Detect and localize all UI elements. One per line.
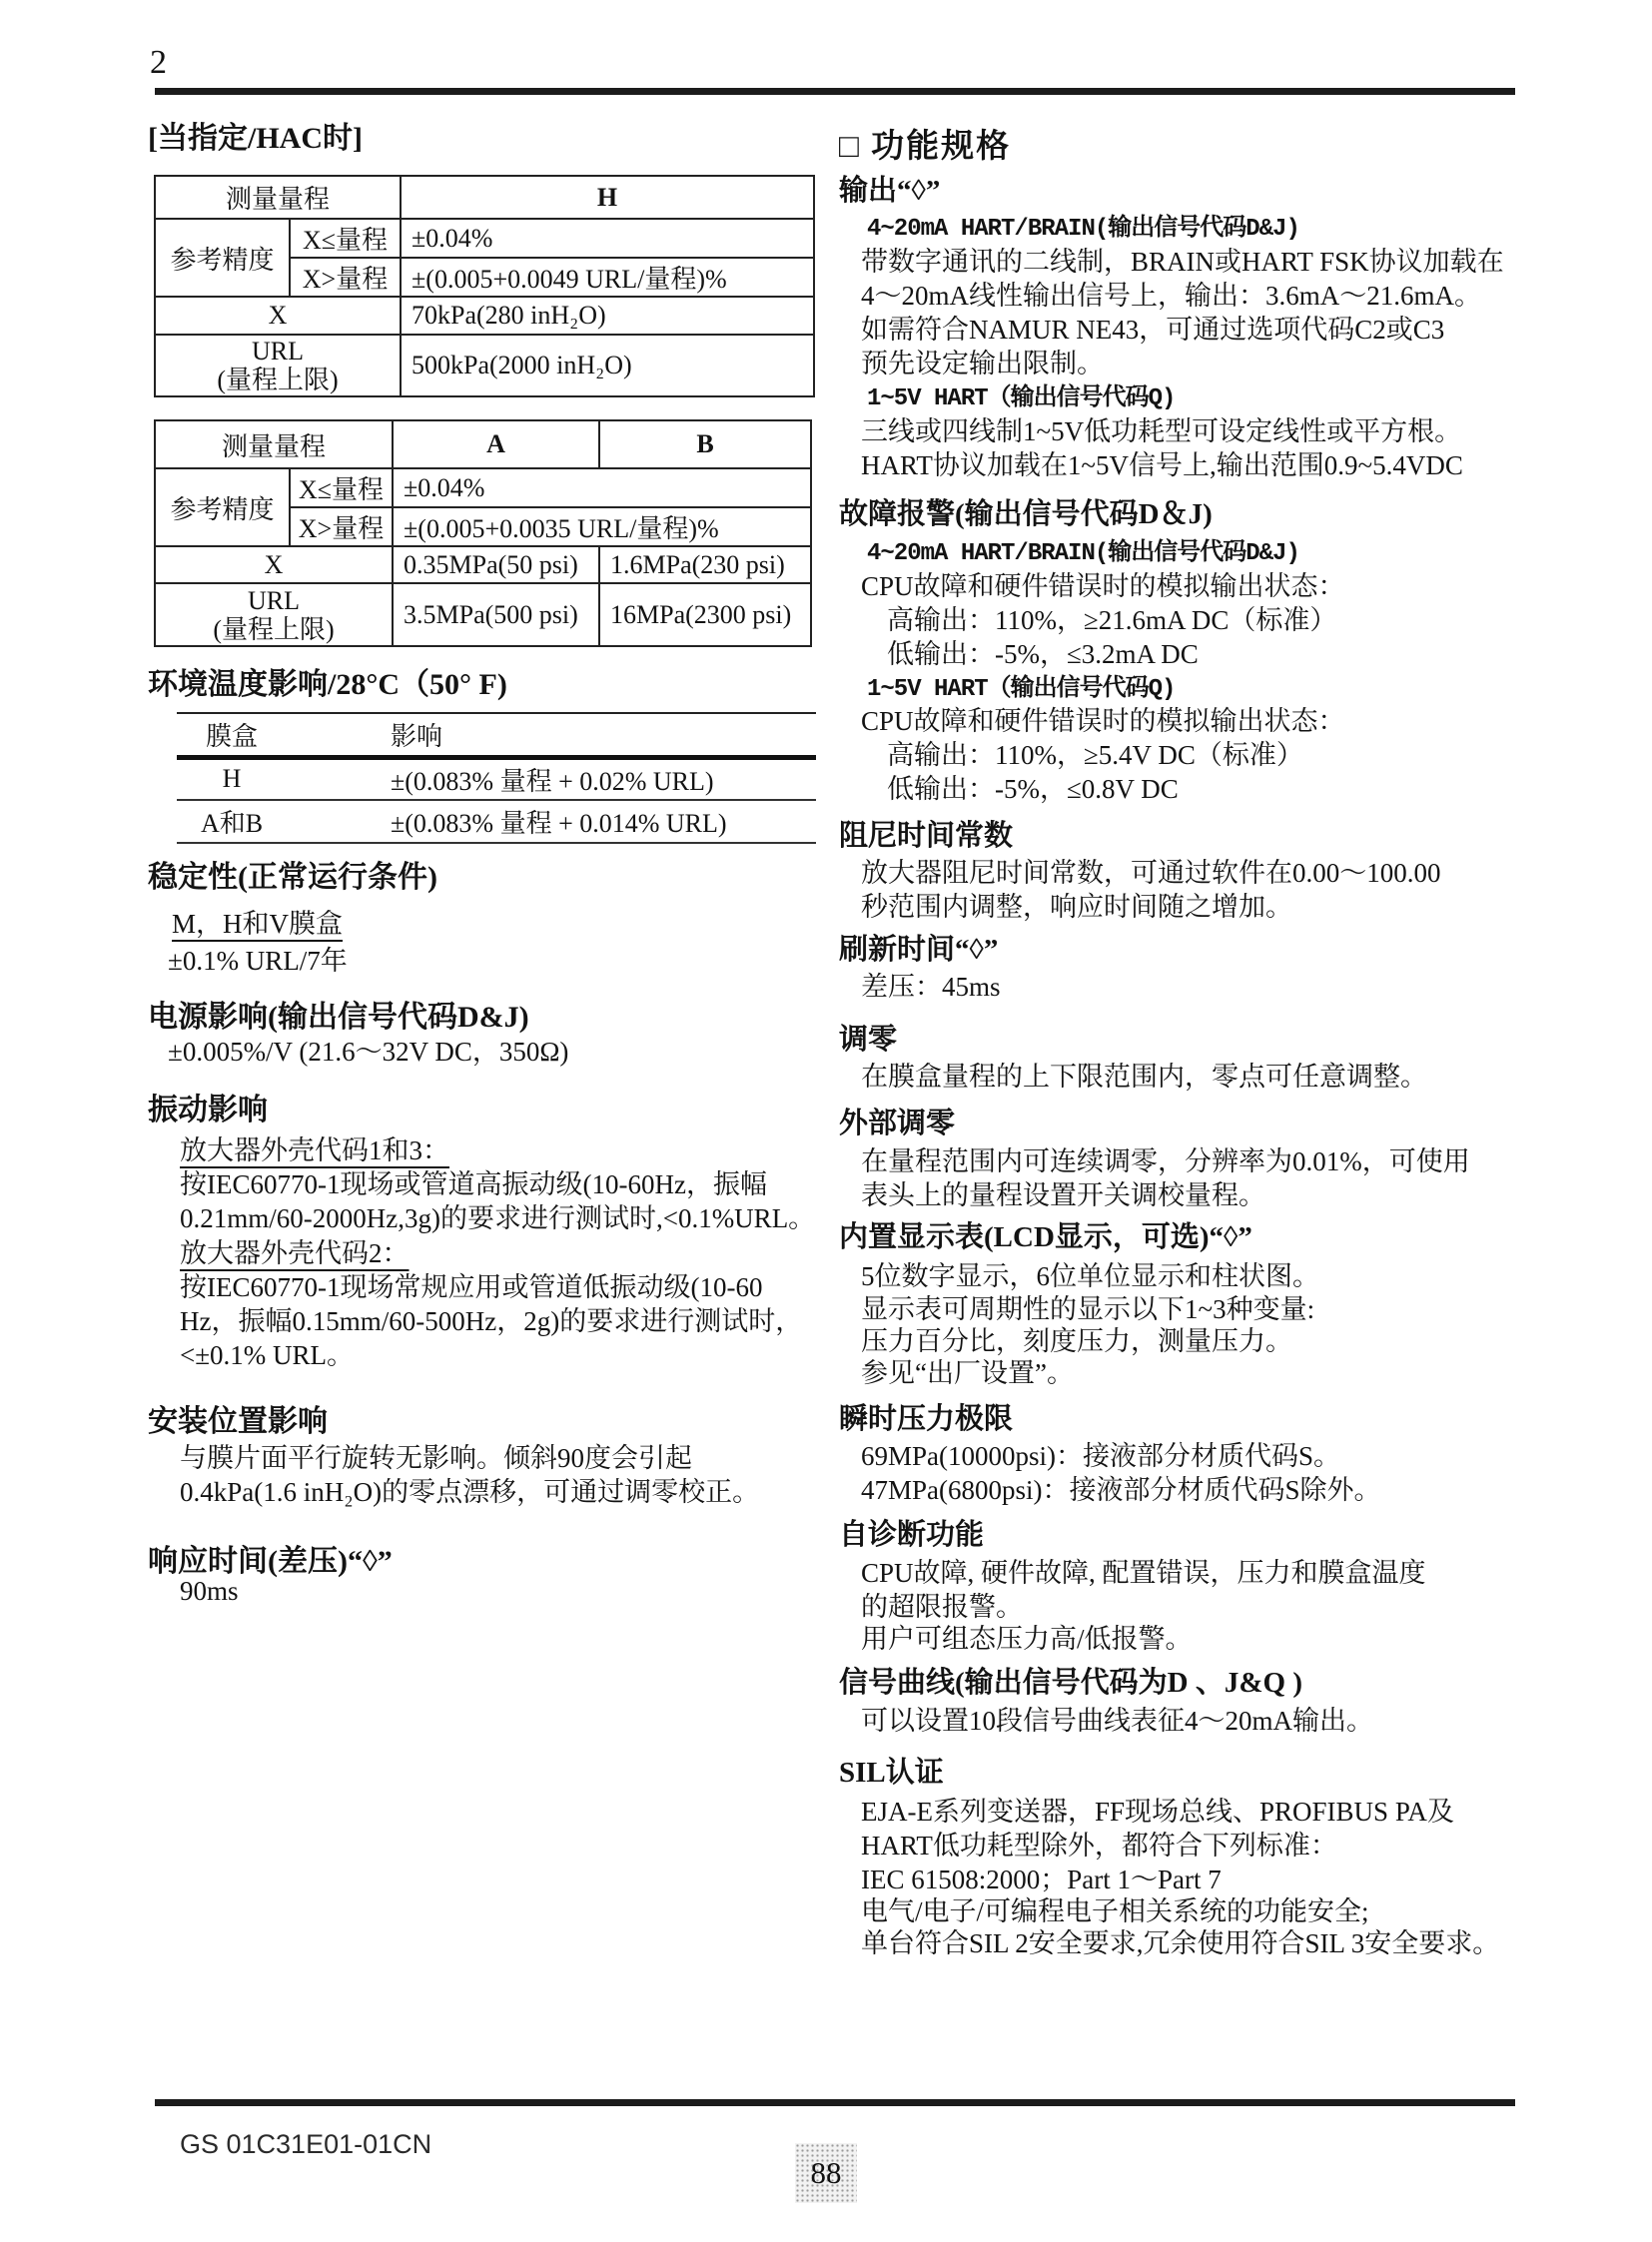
spec-table-h: 测量量程 H 参考精度 X≤量程 ±0.04% X>量程 ±(0.005+0.0…: [154, 175, 815, 397]
temp-effect-table: 膜盒 影响 H ±(0.083% 量程 + 0.02% URL) A和B ±(0…: [177, 712, 816, 844]
url-label-line1: URL: [156, 586, 392, 615]
alarm-signal-code-heading: 4~20mA HART/BRAIN(输出信号代码D&J): [867, 531, 1299, 567]
temp-row-h-effect: ±(0.083% 量程 + 0.02% URL): [287, 757, 816, 800]
cell-col-h: H: [401, 176, 814, 219]
cell-accuracy-label: 参考精度: [155, 219, 290, 297]
section-title-functional-spec: □ 功能规格: [839, 120, 1011, 167]
subsection-title-signal-curve: 信号曲线(输出信号代码为D 、J&Q ): [839, 1660, 1302, 1701]
section-title-temp-effect: 环境温度影响/28°C（50° F): [148, 659, 507, 703]
temp-row-ab-effect: ±(0.083% 量程 + 0.014% URL): [287, 800, 816, 843]
sil-line: 单台符合SIL 2安全要求,冗余使用符合SIL 3安全要求。: [861, 1921, 1499, 1960]
cell-le-label: X≤量程: [290, 219, 401, 258]
cell-gt-value: ±(0.005+0.0049 URL/量程)%: [401, 258, 814, 297]
url-label-line2: (量程上限): [156, 366, 400, 394]
cell-url-label: URL (量程上限): [155, 335, 401, 396]
section-title-stability: 稳定性(正常运行条件): [148, 852, 437, 896]
vibration-line: 0.21mm/60-2000Hz,3g)的要求进行测试时,<0.1%URL。: [180, 1196, 815, 1235]
cell-le-value: ±0.04%: [393, 468, 811, 507]
alarm-signal-code-heading: 1~5V HART（输出信号代码Q): [867, 667, 1175, 703]
temp-col-effect: 影响: [287, 713, 816, 757]
mounting-line: 0.4kPa(1.6 inH₂O)的零点漂移，可通过调零校正。: [180, 1470, 759, 1509]
subsection-title-overpressure: 瞬时压力极限: [839, 1396, 1013, 1437]
section-title-mounting: 安装位置影响: [148, 1396, 328, 1440]
header-rule: [155, 88, 1515, 95]
subsection-title-failure-alarm: 故障报警(输出信号代码D＆J): [839, 491, 1213, 532]
output-line: 预先设定输出限制。: [861, 342, 1104, 380]
external-zero-line: 表头上的量程设置开关调校量程。: [861, 1173, 1265, 1212]
response-time-value: 90ms: [180, 1576, 239, 1607]
output-signal-code-heading: 4~20mA HART/BRAIN(输出信号代码D&J): [867, 207, 1299, 243]
temp-row-h-capsule: H: [177, 757, 287, 800]
cell-gt-label: X>量程: [290, 507, 393, 546]
subsection-title-zero-adjust: 调零: [839, 1017, 897, 1058]
zero-adjust-line: 在膜盒量程的上下限范围内，零点可任意调整。: [861, 1055, 1427, 1094]
cell-x-value-a: 0.35MPa(50 psi): [393, 546, 599, 583]
cell-gt-value: ±(0.005+0.0035 URL/量程)%: [393, 507, 811, 546]
overpressure-line: 47MPa(6800psi)：接液部分材质代码S除外。: [861, 1468, 1381, 1507]
cell-url-value: 500kPa(2000 inH₂O): [401, 335, 814, 396]
update-time-value: 差压：45ms: [861, 965, 1001, 1004]
subsection-title-damping: 阻尼时间常数: [839, 813, 1013, 854]
cell-accuracy-label: 参考精度: [155, 468, 290, 546]
cell-col-a: A: [393, 420, 599, 468]
section-title-hac: [当指定/HAC时]: [148, 113, 363, 157]
subsection-title-sil: SIL认证: [839, 1750, 944, 1791]
url-label-line1: URL: [156, 337, 400, 366]
output-signal-code-heading: 1~5V HART（输出信号代码Q): [867, 376, 1175, 412]
spec-table-ab: 测量量程 A B 参考精度 X≤量程 ±0.04% X>量程 ±(0.005+0…: [154, 419, 812, 647]
power-effect-value: ±0.005%/V (21.6～32V DC，350Ω): [168, 1030, 568, 1069]
cell-url-value-b: 16MPa(2300 psi): [599, 583, 811, 646]
footer-page-number: 88: [811, 2155, 842, 2191]
subsection-title-lcd-display: 内置显示表(LCD显示，可选)“◊”: [839, 1214, 1252, 1255]
stability-value: ±0.1% URL/7年: [168, 939, 348, 978]
footer-page-number-box: 88: [795, 2143, 857, 2203]
cell-range-label: 测量量程: [155, 420, 393, 468]
section-title-response-time: 响应时间(差压)“◊”: [148, 1536, 393, 1580]
cell-col-b: B: [599, 420, 811, 468]
document-page: 2 [当指定/HAC时] 测量量程 H 参考精度 X≤量程 ±0.04% X>量…: [0, 0, 1652, 2242]
output-line: HART协议加载在1~5V信号上,输出范围0.9~5.4VDC: [861, 443, 1463, 482]
self-diagnostics-line: 用户可组态压力高/低报警。: [861, 1617, 1193, 1656]
subsection-title-external-zero: 外部调零: [839, 1101, 955, 1141]
url-label-line2: (量程上限): [156, 615, 392, 644]
cell-x-label: X: [155, 297, 401, 335]
cell-url-value-a: 3.5MPa(500 psi): [393, 583, 599, 646]
page-header-number: 2: [150, 44, 167, 82]
temp-row-ab-capsule: A和B: [177, 800, 287, 843]
footer-document-id: GS 01C31E01-01CN: [180, 2129, 431, 2160]
footer-rule: [155, 2099, 1515, 2106]
damping-line: 秒范围内调整，响应时间随之增加。: [861, 885, 1292, 924]
cell-le-label: X≤量程: [290, 468, 393, 507]
alarm-line: 低输出：-5%，≤3.2mA DC: [887, 632, 1199, 671]
cell-url-label: URL (量程上限): [155, 583, 393, 646]
lcd-line: 参见“出厂设置”。: [861, 1351, 1074, 1390]
cell-gt-label: X>量程: [290, 258, 401, 297]
cell-le-value: ±0.04%: [401, 219, 814, 258]
alarm-line: 低输出：-5%，≤0.8V DC: [887, 767, 1179, 806]
stability-subheading: M，H和V膜盒: [172, 902, 343, 941]
subsection-title-update-time: 刷新时间“◊”: [839, 927, 998, 968]
temp-col-capsule: 膜盒: [177, 713, 287, 757]
cell-x-value: 70kPa(280 inH₂O): [401, 297, 814, 335]
cell-x-value-b: 1.6MPa(230 psi): [599, 546, 811, 583]
signal-curve-line: 可以设置10段信号曲线表征4～20mA输出。: [861, 1699, 1373, 1738]
vibration-line: <±0.1% URL。: [180, 1333, 354, 1372]
section-title-vibration: 振动影响: [148, 1085, 268, 1128]
subsection-title-output: 输出“◊”: [839, 168, 940, 209]
subsection-title-self-diagnostics: 自诊断功能: [839, 1512, 984, 1553]
cell-range-label: 测量量程: [155, 176, 401, 219]
cell-x-label: X: [155, 546, 393, 583]
